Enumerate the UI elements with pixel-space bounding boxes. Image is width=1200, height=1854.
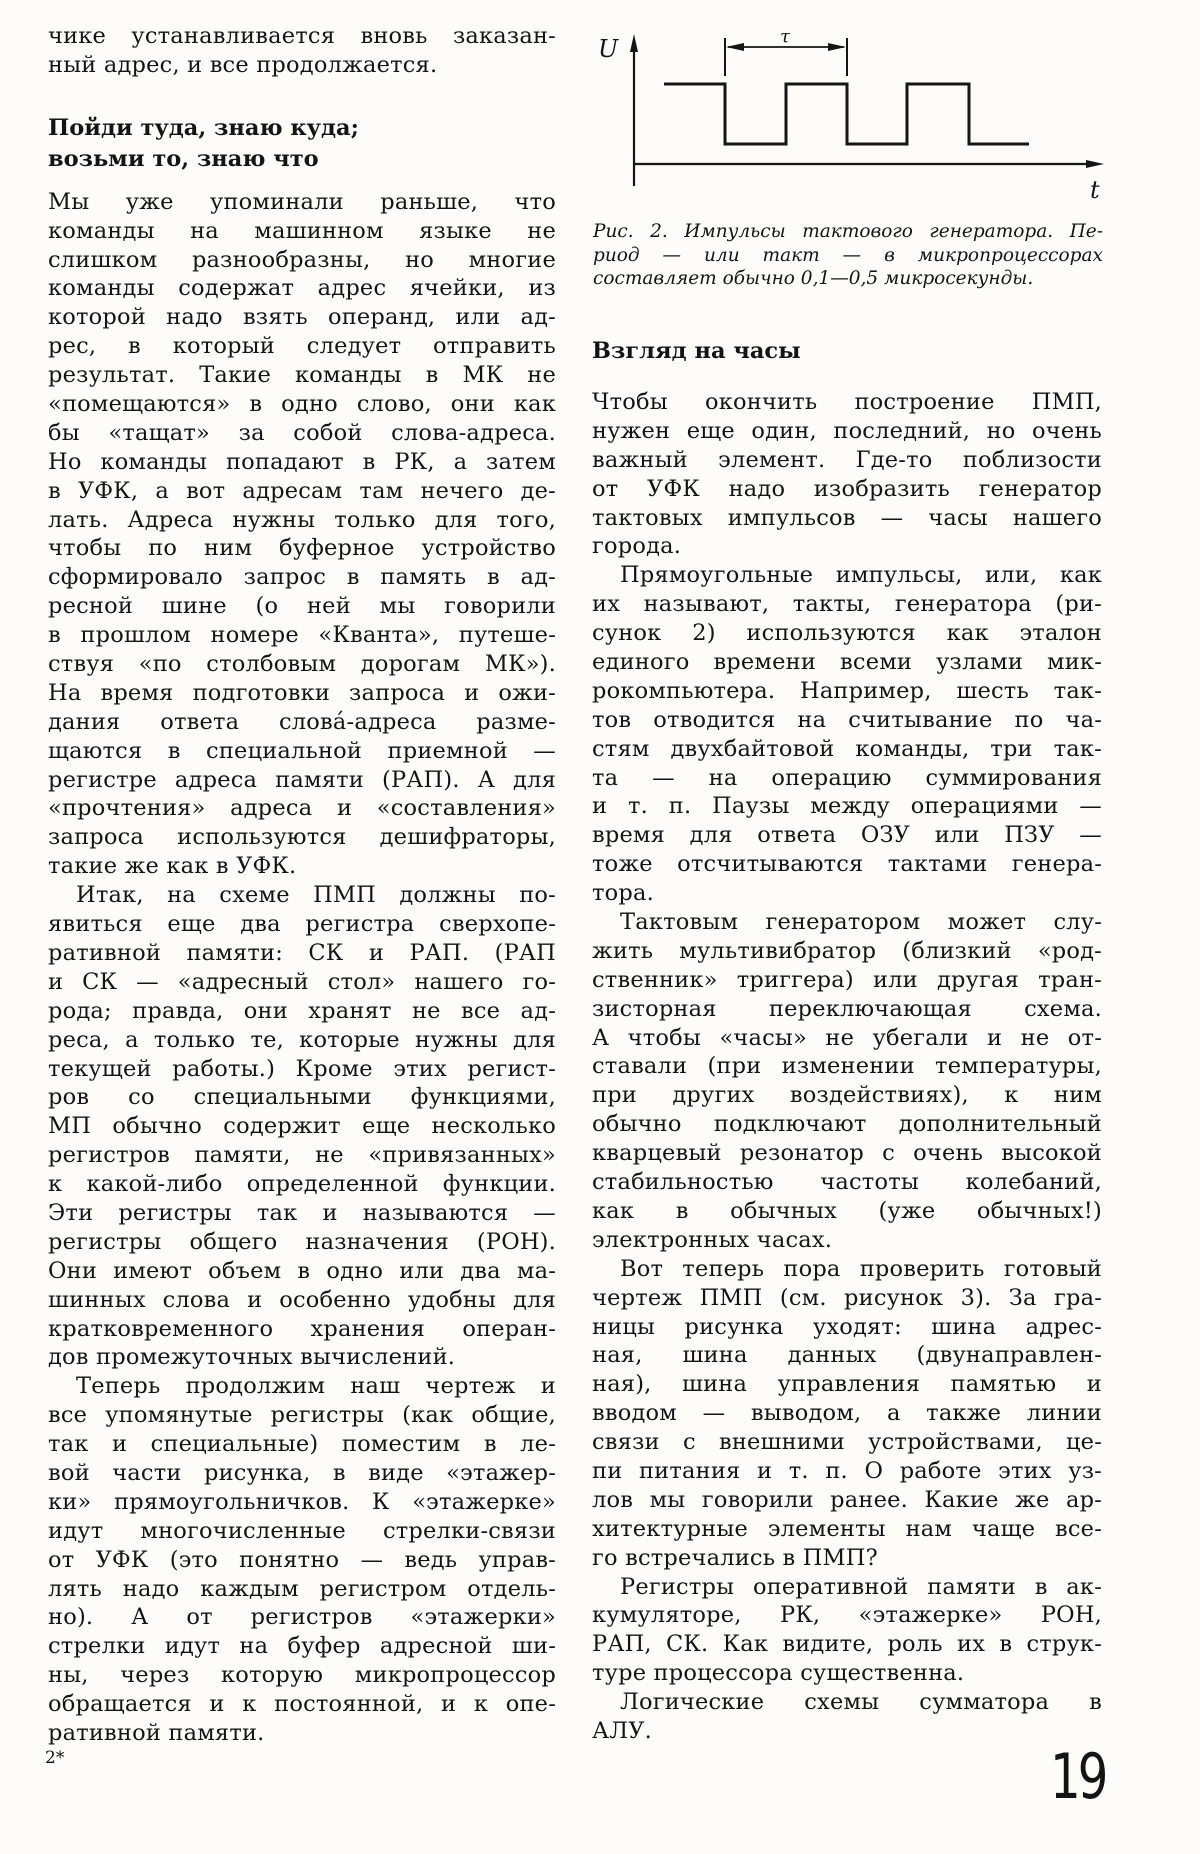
arrow-right-icon <box>828 43 846 51</box>
text-line: в прошлом номере «Кванта», путеше- <box>48 621 556 650</box>
text-line: вой части рисунка, в виде «этажер- <box>48 1459 556 1488</box>
text-line: ствуя «по столбовым дорогам МК»). <box>48 650 556 679</box>
caption-line: Рис. 2. Импульсы тактового генератора. П… <box>593 220 1103 244</box>
text-line: Они имеют объем в одно или два ма- <box>48 1257 556 1286</box>
text-line: Регистры оперативной памяти в ак- <box>592 1573 1102 1602</box>
text-line: го встречались в ПМП? <box>592 1544 1102 1573</box>
paragraph: Прямоугольные импульсы, или, каких назыв… <box>592 561 1102 908</box>
text-line: и СК — «адресный стол» нашего го- <box>48 968 556 997</box>
text-line: лать. Адреса нужны только для того, <box>48 506 556 535</box>
text-line: ны, через которую микропроцессор <box>48 1661 556 1690</box>
text-line: дания ответа слова́-адреса разме- <box>48 708 556 737</box>
caption-line: составляет обычно 0,1—0,5 микросекунды. <box>593 267 1103 291</box>
text-line: бы «тащат» за собой слова-адреса. <box>48 419 556 448</box>
caption-line: риод — или такт — в микропроцессорах <box>593 244 1103 268</box>
text-line: важный элемент. Где-то поблизости <box>592 446 1102 475</box>
text-line: Прямоугольные импульсы, или, как <box>592 561 1102 590</box>
text-line: явиться еще два регистра сверхопе- <box>48 910 556 939</box>
text-line: ров со специальными функциями, <box>48 1083 556 1112</box>
text-line: Теперь продолжим наш чертеж и <box>48 1372 556 1401</box>
paragraph: Тактовым генератором может слу-жить муль… <box>592 908 1102 1255</box>
text-line: дов промежуточных вычислений. <box>48 1343 556 1372</box>
text-line: рокомпьютера. Например, шесть так- <box>592 677 1102 706</box>
text-line: ницы рисунка уходят: шина адрес- <box>592 1313 1102 1342</box>
paragraph: Логические схемы сумматора вАЛУ. <box>592 1688 1102 1746</box>
text-line: рода; правда, они хранят не все ад- <box>48 997 556 1026</box>
paragraph: Мы уже упоминали раньше, чтокоманды на м… <box>48 188 556 881</box>
text-line: так и специальные) поместим в ле- <box>48 1430 556 1459</box>
figure-caption: Рис. 2. Импульсы тактового генератора. П… <box>593 220 1103 291</box>
text-line: обращается и к постоянной, и к опе- <box>48 1690 556 1719</box>
text-line: зисторная переключающая схема. <box>592 995 1102 1024</box>
text-line: ресной шине (о ней мы говорили <box>48 592 556 621</box>
paragraph: Теперь продолжим наш чертеж ивсе упомяну… <box>48 1372 556 1748</box>
text-line: А чтобы «часы» не убегали и не от- <box>592 1024 1102 1053</box>
text-line: от УФК надо изобразить генератор <box>592 475 1102 504</box>
x-axis-label: t <box>1090 176 1100 200</box>
text-line: стрелки идут на буфер адресной ши- <box>48 1632 556 1661</box>
text-line: ный адрес, и все продолжается. <box>48 51 556 80</box>
page-number: 19 <box>1050 1746 1105 1808</box>
x-axis-arrow-icon <box>1086 160 1104 168</box>
text-line: их называют, такты, генератора (ри- <box>592 590 1102 619</box>
text-line: реса, а только те, которые нужны для <box>48 1026 556 1055</box>
text-line: стабильностью частоты колебаний, <box>592 1168 1102 1197</box>
text-line: щаются в специальной приемной — <box>48 737 556 766</box>
text-line: Логические схемы сумматора в <box>592 1688 1102 1717</box>
paragraph: Вот теперь пора проверить готовыйчертеж … <box>592 1255 1102 1573</box>
text-line: такие же как в УФК. <box>48 852 556 881</box>
heading-line: Пойди туда, знаю куда; <box>48 113 556 144</box>
text-line: рес, в который следует отправить <box>48 332 556 361</box>
text-line: электронных часах. <box>592 1226 1102 1255</box>
text-line: от УФК (это понятно — ведь управ- <box>48 1546 556 1575</box>
text-line: ственник» триггера) или другая тран- <box>592 966 1102 995</box>
text-line: команды содержат адрес ячейки, из <box>48 274 556 303</box>
text-line: которой надо взять операнд, или ад- <box>48 303 556 332</box>
left-column: чике устанавливается вновь заказан- ный … <box>48 22 556 1748</box>
text-line: ративной памяти: СК и РАП. (РАП <box>48 939 556 968</box>
text-line: результат. Такие команды в МК не <box>48 361 556 390</box>
text-line: идут многочисленные стрелки-связи <box>48 1517 556 1546</box>
paragraph: Регистры оперативной памяти в ак-кумулят… <box>592 1573 1102 1689</box>
paragraph: Итак, на схеме ПМП должны по-явиться еще… <box>48 881 556 1372</box>
text-line: чике устанавливается вновь заказан- <box>48 22 556 51</box>
text-line: но). А от регистров «этажерки» <box>48 1603 556 1632</box>
text-line: кратковременного хранения операн- <box>48 1315 556 1344</box>
text-line: кумуляторе, РК, «этажерке» РОН, <box>592 1601 1102 1630</box>
heading-line: возьми то, знаю что <box>48 144 556 175</box>
text-line: лять надо каждым регистром отдель- <box>48 1575 556 1604</box>
text-line: пи питания и т. п. О работе этих уз- <box>592 1457 1102 1486</box>
section-heading: Пойди туда, знаю куда; возьми то, знаю ч… <box>48 113 556 175</box>
text-line: вводом — выводом, а также линии <box>592 1399 1102 1428</box>
text-line: ная), шина управления памятью и <box>592 1370 1102 1399</box>
section-heading: Взгляд на часы <box>592 338 801 364</box>
signature-mark: 2* <box>45 1748 64 1768</box>
text-line: Вот теперь пора проверить готовый <box>592 1255 1102 1284</box>
text-line: регистров памяти, не «привязанных» <box>48 1141 556 1170</box>
text-line: ставали (при изменении температуры, <box>592 1052 1102 1081</box>
text-line: обычно подключают дополнительный <box>592 1110 1102 1139</box>
text-line: Эти регистры так и называются — <box>48 1199 556 1228</box>
arrow-left-icon <box>726 43 744 51</box>
text-line: к какой-либо определенной функции. <box>48 1170 556 1199</box>
text-line: «помещаются» в одно слово, они как <box>48 390 556 419</box>
text-line: единого времени всеми узлами мик- <box>592 648 1102 677</box>
intro-text: чике устанавливается вновь заказан- ный … <box>48 22 556 80</box>
text-line: ная, шина данных (двунаправлен- <box>592 1341 1102 1370</box>
paragraph: Чтобы окончить построение ПМП,нужен еще … <box>592 388 1102 561</box>
text-line: регистре адреса памяти (РАП). А для <box>48 766 556 795</box>
text-line: сунок 2) используются как эталон <box>592 619 1102 648</box>
text-line: ки» прямоугольничков. К «этажерке» <box>48 1488 556 1517</box>
text-line: тактовых импульсов — часы нашего <box>592 504 1102 533</box>
text-line: Чтобы окончить построение ПМП, <box>592 388 1102 417</box>
text-line: стям двухбайтовой команды, три так- <box>592 735 1102 764</box>
clock-pulse-diagram: U t τ <box>592 20 1112 200</box>
text-line: тора. <box>592 879 1102 908</box>
y-axis-arrow-icon <box>630 34 638 52</box>
text-line: МП обычно содержит еще несколько <box>48 1112 556 1141</box>
text-line: при других воздействиях), к ним <box>592 1081 1102 1110</box>
text-line: туре процессора существенна. <box>592 1659 1102 1688</box>
text-line: слишком разнообразны, но многие <box>48 246 556 275</box>
text-line: запроса используются дешифраторы, <box>48 823 556 852</box>
text-line: хитектурные элементы нам чаще все- <box>592 1515 1102 1544</box>
text-line: та — на операцию суммирования <box>592 764 1102 793</box>
text-line: все упомянутые регистры (как общие, <box>48 1401 556 1430</box>
text-line: сформировало запрос в память в ад- <box>48 563 556 592</box>
text-line: тоже отсчитываются тактами генера- <box>592 850 1102 879</box>
y-axis-label: U <box>598 35 619 63</box>
text-line: чертеж ПМП (см. рисунок 3). За гра- <box>592 1284 1102 1313</box>
text-line: Но команды попадают в РК, а затем <box>48 448 556 477</box>
text-line: Тактовым генератором может слу- <box>592 908 1102 937</box>
text-line: команды на машинном языке не <box>48 217 556 246</box>
text-line: жить мультивибратор (близкий «род- <box>592 937 1102 966</box>
text-line: время для ответа ОЗУ или ПЗУ — <box>592 821 1102 850</box>
text-line: как в обычных (уже обычных!) <box>592 1197 1102 1226</box>
text-line: текущей работы.) Кроме этих регист- <box>48 1055 556 1084</box>
text-line: регистры общего назначения (РОН). <box>48 1228 556 1257</box>
text-line: и т. п. Паузы между операциями — <box>592 792 1102 821</box>
text-line: Мы уже упоминали раньше, что <box>48 188 556 217</box>
period-label: τ <box>780 26 791 47</box>
text-line: связи с внешними устройствами, це- <box>592 1428 1102 1457</box>
square-wave <box>664 84 1029 144</box>
text-line: в УФК, а вот адресам там нечего де- <box>48 477 556 506</box>
text-line: города. <box>592 532 1102 561</box>
text-line: кварцевый резонатор с очень высокой <box>592 1139 1102 1168</box>
text-line: шинных слова и особенно удобны для <box>48 1286 556 1315</box>
text-line: чтобы по ним буферное устройство <box>48 534 556 563</box>
right-column: Чтобы окончить построение ПМП,нужен еще … <box>592 388 1102 1746</box>
text-line: На время подготовки запроса и ожи- <box>48 679 556 708</box>
text-line: «прочтения» адреса и «составления» <box>48 794 556 823</box>
text-line: нужен еще один, последний, но очень <box>592 417 1102 446</box>
text-line: Итак, на схеме ПМП должны по- <box>48 881 556 910</box>
text-line: тов отводится на считывание по ча- <box>592 706 1102 735</box>
text-line: РАП, СК. Как видите, роль их в струк- <box>592 1630 1102 1659</box>
text-line: ративной памяти. <box>48 1719 556 1748</box>
text-line: АЛУ. <box>592 1717 1102 1746</box>
text-line: лов мы говорили ранее. Какие же ар- <box>592 1486 1102 1515</box>
